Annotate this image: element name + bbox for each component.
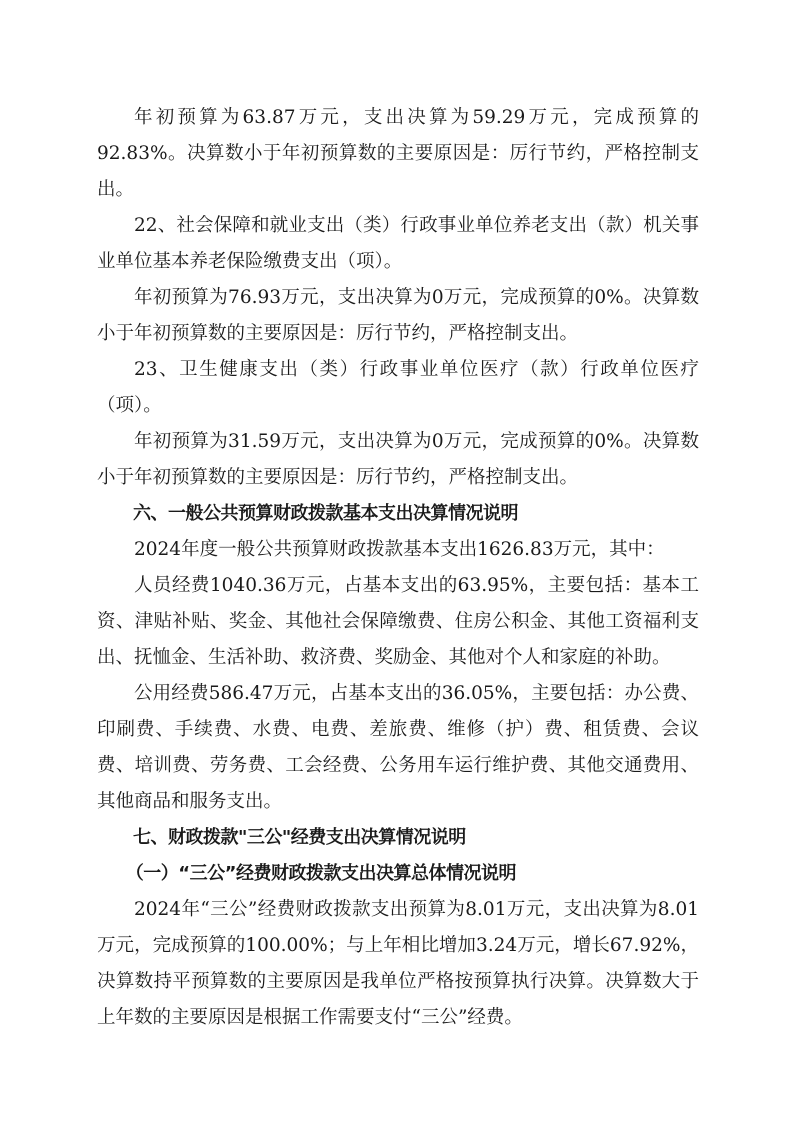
paragraph-basic-expenditure-total: 2024年度一般公共预算财政拨款基本支出1626.83万元，其中： — [97, 532, 699, 568]
section-heading-7: 七、财政拨款"三公"经费支出决算情况说明 — [97, 820, 699, 856]
paragraph-item-23-title: 23、卫生健康支出（类）行政事业单位医疗（款）行政单位医疗（项）。 — [97, 352, 699, 424]
paragraph-item-22-title: 22、社会保障和就业支出（类）行政事业单位养老支出（款）机关事业单位基本养老保险… — [97, 208, 699, 280]
paragraph-budget-item-21-detail: 年初预算为63.87万元，支出决算为59.29万元，完成预算的92.83%。决算… — [97, 100, 699, 208]
subsection-heading-7-1: （一）“三公”经费财政拨款支出决算总体情况说明 — [97, 856, 699, 892]
paragraph-item-23-detail: 年初预算为31.59万元，支出决算为0万元，完成预算的0%。决算数小于年初预算数… — [97, 424, 699, 496]
paragraph-three-public-expenses: 2024年“三公”经费财政拨款支出预算为8.01万元，支出决算为8.01万元，完… — [97, 892, 699, 1036]
document-page: 年初预算为63.87万元，支出决算为59.29万元，完成预算的92.83%。决算… — [97, 100, 699, 1036]
paragraph-personnel-expenses: 人员经费1040.36万元，占基本支出的63.95%，主要包括：基本工资、津贴补… — [97, 568, 699, 676]
section-heading-6: 六、一般公共预算财政拨款基本支出决算情况说明 — [97, 496, 699, 532]
paragraph-item-22-detail: 年初预算为76.93万元，支出决算为0万元，完成预算的0%。决算数小于年初预算数… — [97, 280, 699, 352]
paragraph-public-expenses: 公用经费586.47万元，占基本支出的36.05%，主要包括：办公费、印刷费、手… — [97, 676, 699, 820]
